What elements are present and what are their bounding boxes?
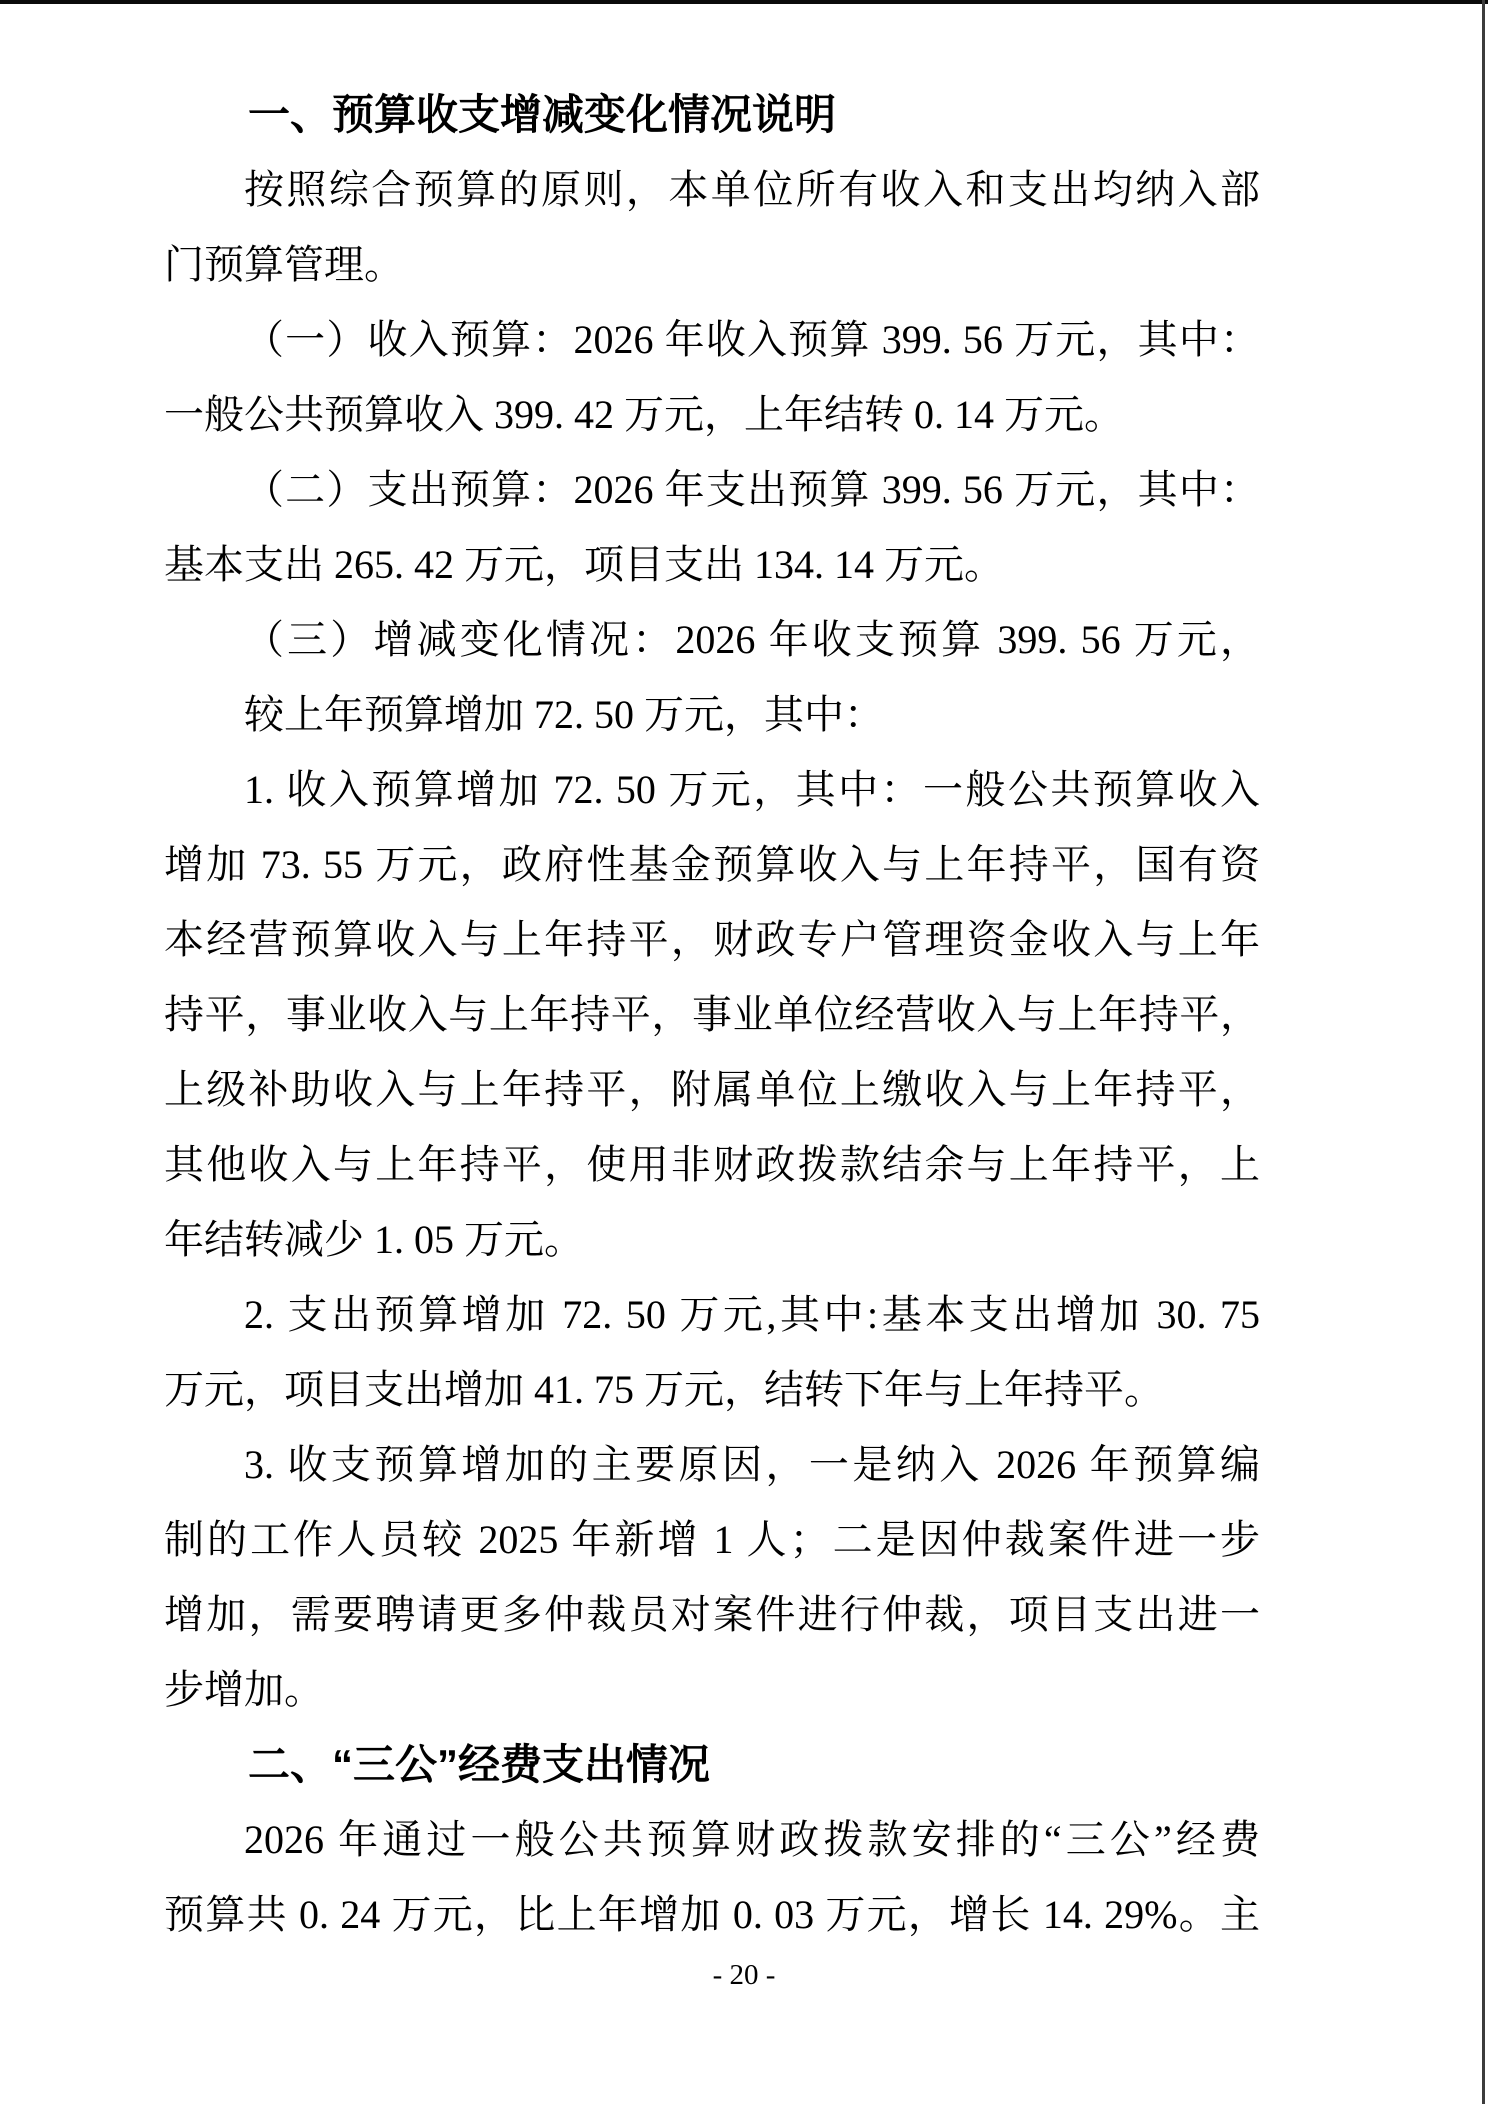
text-line: 年结转减少 1. 05 万元。 — [164, 1202, 1260, 1277]
page-top-border — [0, 0, 1488, 4]
text-line: 本经营预算收入与上年持平，财政专户管理资金收入与上年 — [164, 902, 1260, 977]
text-line: 3. 收支预算增加的主要原因，一是纳入 2026 年预算编 — [164, 1427, 1260, 1502]
section-heading-2: 二、“三公”经费支出情况 — [164, 1727, 1260, 1802]
document-page: 一、预算收支增减变化情况说明 按照综合预算的原则，本单位所有收入和支出均纳入部 … — [0, 0, 1488, 2104]
text-line: （三）增减变化情况：2026 年收支预算 399. 56 万元， — [164, 602, 1260, 677]
section-heading-1: 一、预算收支增减变化情况说明 — [164, 77, 1260, 152]
text-line: 2026 年通过一般公共预算财政拨款安排的“三公”经费 — [164, 1802, 1260, 1877]
page-right-border — [1482, 0, 1485, 2104]
text-line: （二）支出预算：2026 年支出预算 399. 56 万元，其中： — [164, 452, 1260, 527]
text-line: 步增加。 — [164, 1652, 1260, 1727]
text-line: 2. 支出预算增加 72. 50 万元,其中:基本支出增加 30. 75 — [164, 1277, 1260, 1352]
text-line: 1. 收入预算增加 72. 50 万元，其中：一般公共预算收入 — [164, 752, 1260, 827]
document-body: 一、预算收支增减变化情况说明 按照综合预算的原则，本单位所有收入和支出均纳入部 … — [164, 77, 1260, 1952]
text-line: 其他收入与上年持平，使用非财政拨款结余与上年持平，上 — [164, 1127, 1260, 1202]
text-line: 基本支出 265. 42 万元，项目支出 134. 14 万元。 — [164, 527, 1260, 602]
text-line: 增加，需要聘请更多仲裁员对案件进行仲裁，项目支出进一 — [164, 1577, 1260, 1652]
text-line: 门预算管理。 — [164, 227, 1260, 302]
text-line: 制的工作人员较 2025 年新增 1 人；二是因仲裁案件进一步 — [164, 1502, 1260, 1577]
text-line: 按照综合预算的原则，本单位所有收入和支出均纳入部 — [164, 152, 1260, 227]
page-number: - 20 - — [0, 1950, 1488, 2000]
text-line: 较上年预算增加 72. 50 万元，其中： — [164, 677, 1260, 752]
text-line: 持平，事业收入与上年持平，事业单位经营收入与上年持平， — [164, 977, 1260, 1052]
text-line: 预算共 0. 24 万元，比上年增加 0. 03 万元，增长 14. 29%。主 — [164, 1877, 1260, 1952]
text-line: 上级补助收入与上年持平，附属单位上缴收入与上年持平， — [164, 1052, 1260, 1127]
text-line: 万元，项目支出增加 41. 75 万元，结转下年与上年持平。 — [164, 1352, 1260, 1427]
text-line: 一般公共预算收入 399. 42 万元，上年结转 0. 14 万元。 — [164, 377, 1260, 452]
text-line: 增加 73. 55 万元，政府性基金预算收入与上年持平，国有资 — [164, 827, 1260, 902]
text-line: （一）收入预算：2026 年收入预算 399. 56 万元，其中： — [164, 302, 1260, 377]
